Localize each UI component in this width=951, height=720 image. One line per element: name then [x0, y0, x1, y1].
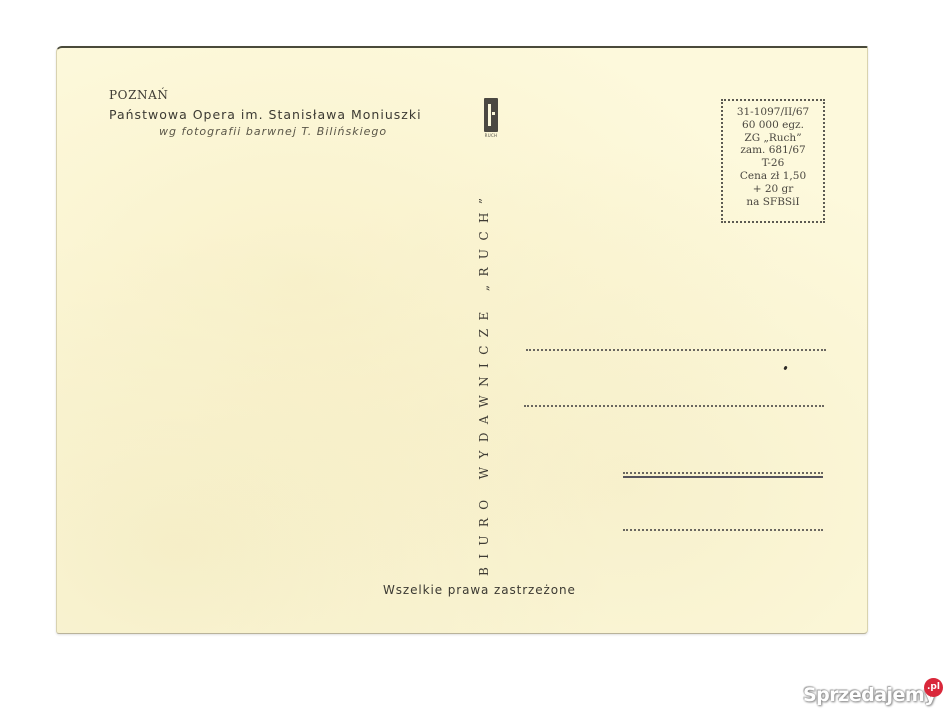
sprzedajemy-watermark: Sprzedajemy .pl — [803, 684, 936, 706]
photo-credit: wg fotografii barwnej T. Bilińskiego — [159, 125, 422, 138]
address-line-3 — [623, 472, 823, 474]
imprint-stamp-box: 31-1097/II/67 60 000 egz. ZG „Ruch” zam.… — [721, 99, 825, 223]
imprint-line: ZG „Ruch” — [723, 132, 823, 145]
watermark-text: Sprzedajemy — [803, 684, 936, 706]
vertical-publisher-text: BIURO WYDAWNICZE „RUCH” — [477, 166, 491, 576]
rights-reserved-text: Wszelkie prawa zastrzeżone — [383, 583, 576, 597]
imprint-line: + 20 gr — [723, 183, 823, 196]
address-line-4 — [623, 529, 823, 531]
imprint-line: T-26 — [723, 157, 823, 170]
imprint-line: zam. 681/67 — [723, 144, 823, 157]
imprint-line: 31-1097/II/67 — [723, 106, 823, 119]
subject-title: Państwowa Opera im. Stanisława Moniuszki — [109, 107, 422, 122]
ruch-logo-icon: RUCH — [483, 98, 499, 142]
postcard-back: POZNAŃ Państwowa Opera im. Stanisława Mo… — [56, 46, 868, 634]
address-line-3-underline — [623, 476, 823, 478]
postcard-title-block: POZNAŃ Państwowa Opera im. Stanisława Mo… — [109, 88, 422, 138]
ink-speck — [783, 366, 788, 371]
address-line-2 — [524, 405, 824, 407]
imprint-line: Cena zł 1,50 — [723, 170, 823, 183]
ruch-logo-mark — [484, 98, 498, 132]
city-title: POZNAŃ — [109, 88, 422, 102]
ruch-logo-caption: RUCH — [483, 133, 499, 138]
watermark-pl-badge-icon: .pl — [924, 678, 943, 697]
imprint-line: na SFBSiI — [723, 196, 823, 209]
address-line-1 — [526, 349, 826, 351]
imprint-line: 60 000 egz. — [723, 119, 823, 132]
